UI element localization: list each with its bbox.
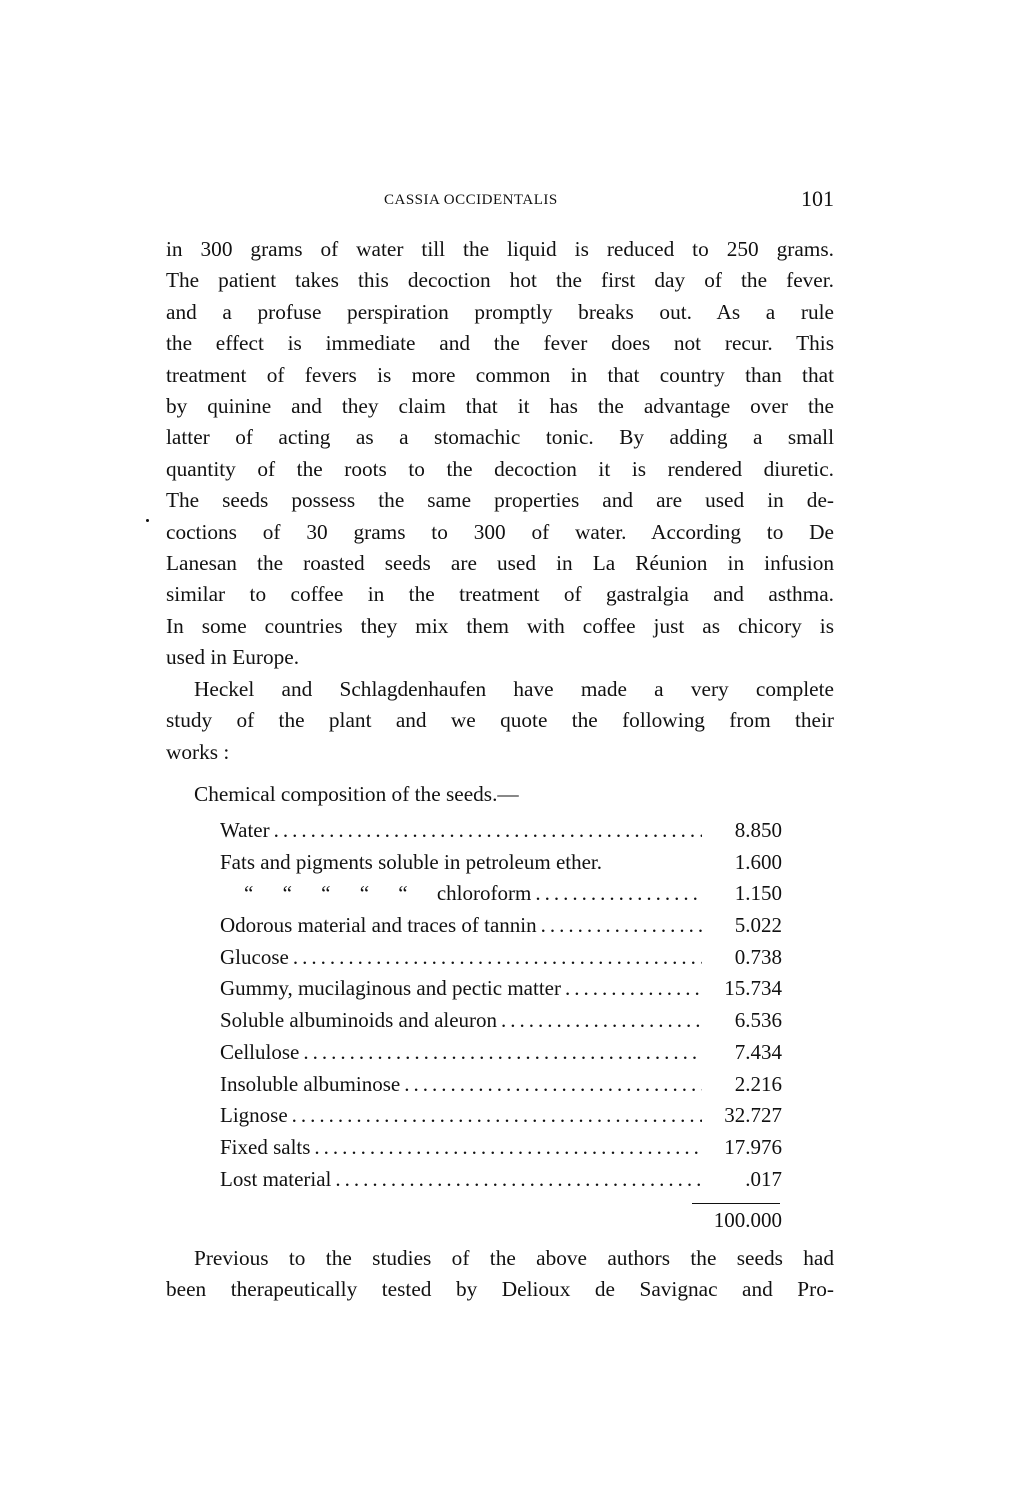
page-header: CASSIA OCCIDENTALIS 101 (166, 186, 834, 216)
row-value: 0.738 (702, 945, 782, 970)
text-line: latter of acting as a stomachic tonic. B… (166, 422, 834, 453)
row-value: 17.976 (702, 1135, 782, 1160)
table-row: Gummy, mucilaginous and pectic matter...… (220, 976, 782, 1008)
table-row: “ “ “ “ “ chloroform....................… (220, 881, 782, 913)
row-label: Fats and pigments soluble in petroleum e… (220, 850, 606, 874)
table-row: Soluble albuminoids and aleuron.........… (220, 1008, 782, 1040)
paragraph-decoction: in 300 grams of water till the liquid is… (166, 234, 834, 768)
table-caption: Chemical composition of the seeds.— (194, 782, 519, 807)
table-row: Cellulose...............................… (220, 1040, 782, 1072)
table-total: 100.000 (690, 1208, 782, 1233)
margin-mark (146, 519, 149, 522)
row-label: Odorous material and traces of tannin (220, 913, 541, 937)
text-line: similar to coffee in the treatment of ga… (166, 579, 834, 610)
row-value: 5.022 (702, 913, 782, 938)
text-line: been therapeutically tested by Delioux d… (166, 1274, 834, 1305)
text-line: quantity of the roots to the decoction i… (166, 454, 834, 485)
text-line: In some countries they mix them with cof… (166, 611, 834, 642)
text-line: in 300 grams of water till the liquid is… (166, 234, 834, 265)
row-value: 6.536 (702, 1008, 782, 1033)
text-line: coctions of 30 grams to 300 of water. Ac… (166, 517, 834, 548)
text-line: Heckel and Schlagdenhaufen have made a v… (166, 674, 834, 705)
row-label: Gummy, mucilaginous and pectic matter (220, 976, 565, 1000)
page-number: 101 (801, 186, 834, 212)
text-line: by quinine and they claim that it has th… (166, 391, 834, 422)
table-row: Lost material...........................… (220, 1167, 782, 1199)
text-line: The seeds possess the same properties an… (166, 485, 834, 516)
table-row: Glucose.................................… (220, 945, 782, 977)
text-line: and a profuse perspiration promptly brea… (166, 297, 834, 328)
row-label: “ “ “ “ “ chloroform (244, 881, 535, 905)
row-label: Water (220, 818, 274, 842)
table-row: Fixed salts.............................… (220, 1135, 782, 1167)
running-title: CASSIA OCCIDENTALIS (384, 192, 558, 209)
row-label: Lost material (220, 1167, 335, 1191)
row-value: 1.600 (702, 850, 782, 875)
row-value: 7.434 (702, 1040, 782, 1065)
table-row: Water...................................… (220, 818, 782, 850)
row-label: Insoluble albuminose (220, 1072, 404, 1096)
total-rule (692, 1203, 780, 1204)
row-value: 15.734 (702, 976, 782, 1001)
row-value: 1.150 (702, 881, 782, 906)
paragraph-previous-studies: Previous to the studies of the above aut… (166, 1243, 834, 1306)
text-line: Previous to the studies of the above aut… (166, 1243, 834, 1274)
text-line: the effect is immediate and the fever do… (166, 328, 834, 359)
row-label: Glucose (220, 945, 293, 969)
row-label: Soluble albuminoids and aleuron (220, 1008, 501, 1032)
row-label: Fixed salts (220, 1135, 314, 1159)
text-line: treatment of fevers is more common in th… (166, 360, 834, 391)
text-line: Lanesan the roasted seeds are used in La… (166, 548, 834, 579)
text-line: used in Europe. (166, 642, 834, 673)
row-value: 32.727 (702, 1103, 782, 1128)
text-line: The patient takes this decoction hot the… (166, 265, 834, 296)
row-label: Lignose (220, 1103, 292, 1127)
row-value: .017 (702, 1167, 782, 1192)
table-row: Fats and pigments soluble in petroleum e… (220, 850, 782, 882)
text-line: works : (166, 737, 834, 768)
table-row: Odorous material and traces of tannin...… (220, 913, 782, 945)
text-line: study of the plant and we quote the foll… (166, 705, 834, 736)
composition-table: Water...................................… (220, 818, 782, 1198)
table-row: Insoluble albuminose....................… (220, 1072, 782, 1104)
row-value: 8.850 (702, 818, 782, 843)
row-value: 2.216 (702, 1072, 782, 1097)
row-label: Cellulose (220, 1040, 303, 1064)
table-row: Lignose.................................… (220, 1103, 782, 1135)
